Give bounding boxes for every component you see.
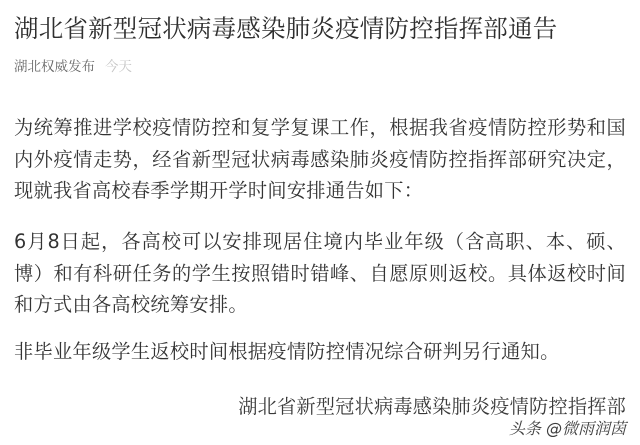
watermark: 头条 @微雨润茵 <box>509 418 626 440</box>
article-title: 湖北省新型冠状病毒感染肺炎疫情防控指挥部通告 <box>14 13 557 45</box>
source-name[interactable]: 湖北权威发布 <box>14 59 95 75</box>
article-meta: 湖北权威发布今天 <box>14 57 132 77</box>
paragraph-non-graduates: 非毕业年级学生返校时间根据疫情防控情况综合研判另行通知。 <box>14 336 626 368</box>
paragraph-return-schedule: 6月8日起，各高校可以安排现居住境内毕业年级（含高职、本、硕、博）和有科研任务的… <box>14 226 626 321</box>
paragraph-intro: 为统筹推进学校疫情防控和复学复课工作，根据我省疫情防控形势和国内外疫情走势，经省… <box>14 112 626 207</box>
publish-time: 今天 <box>105 59 132 75</box>
